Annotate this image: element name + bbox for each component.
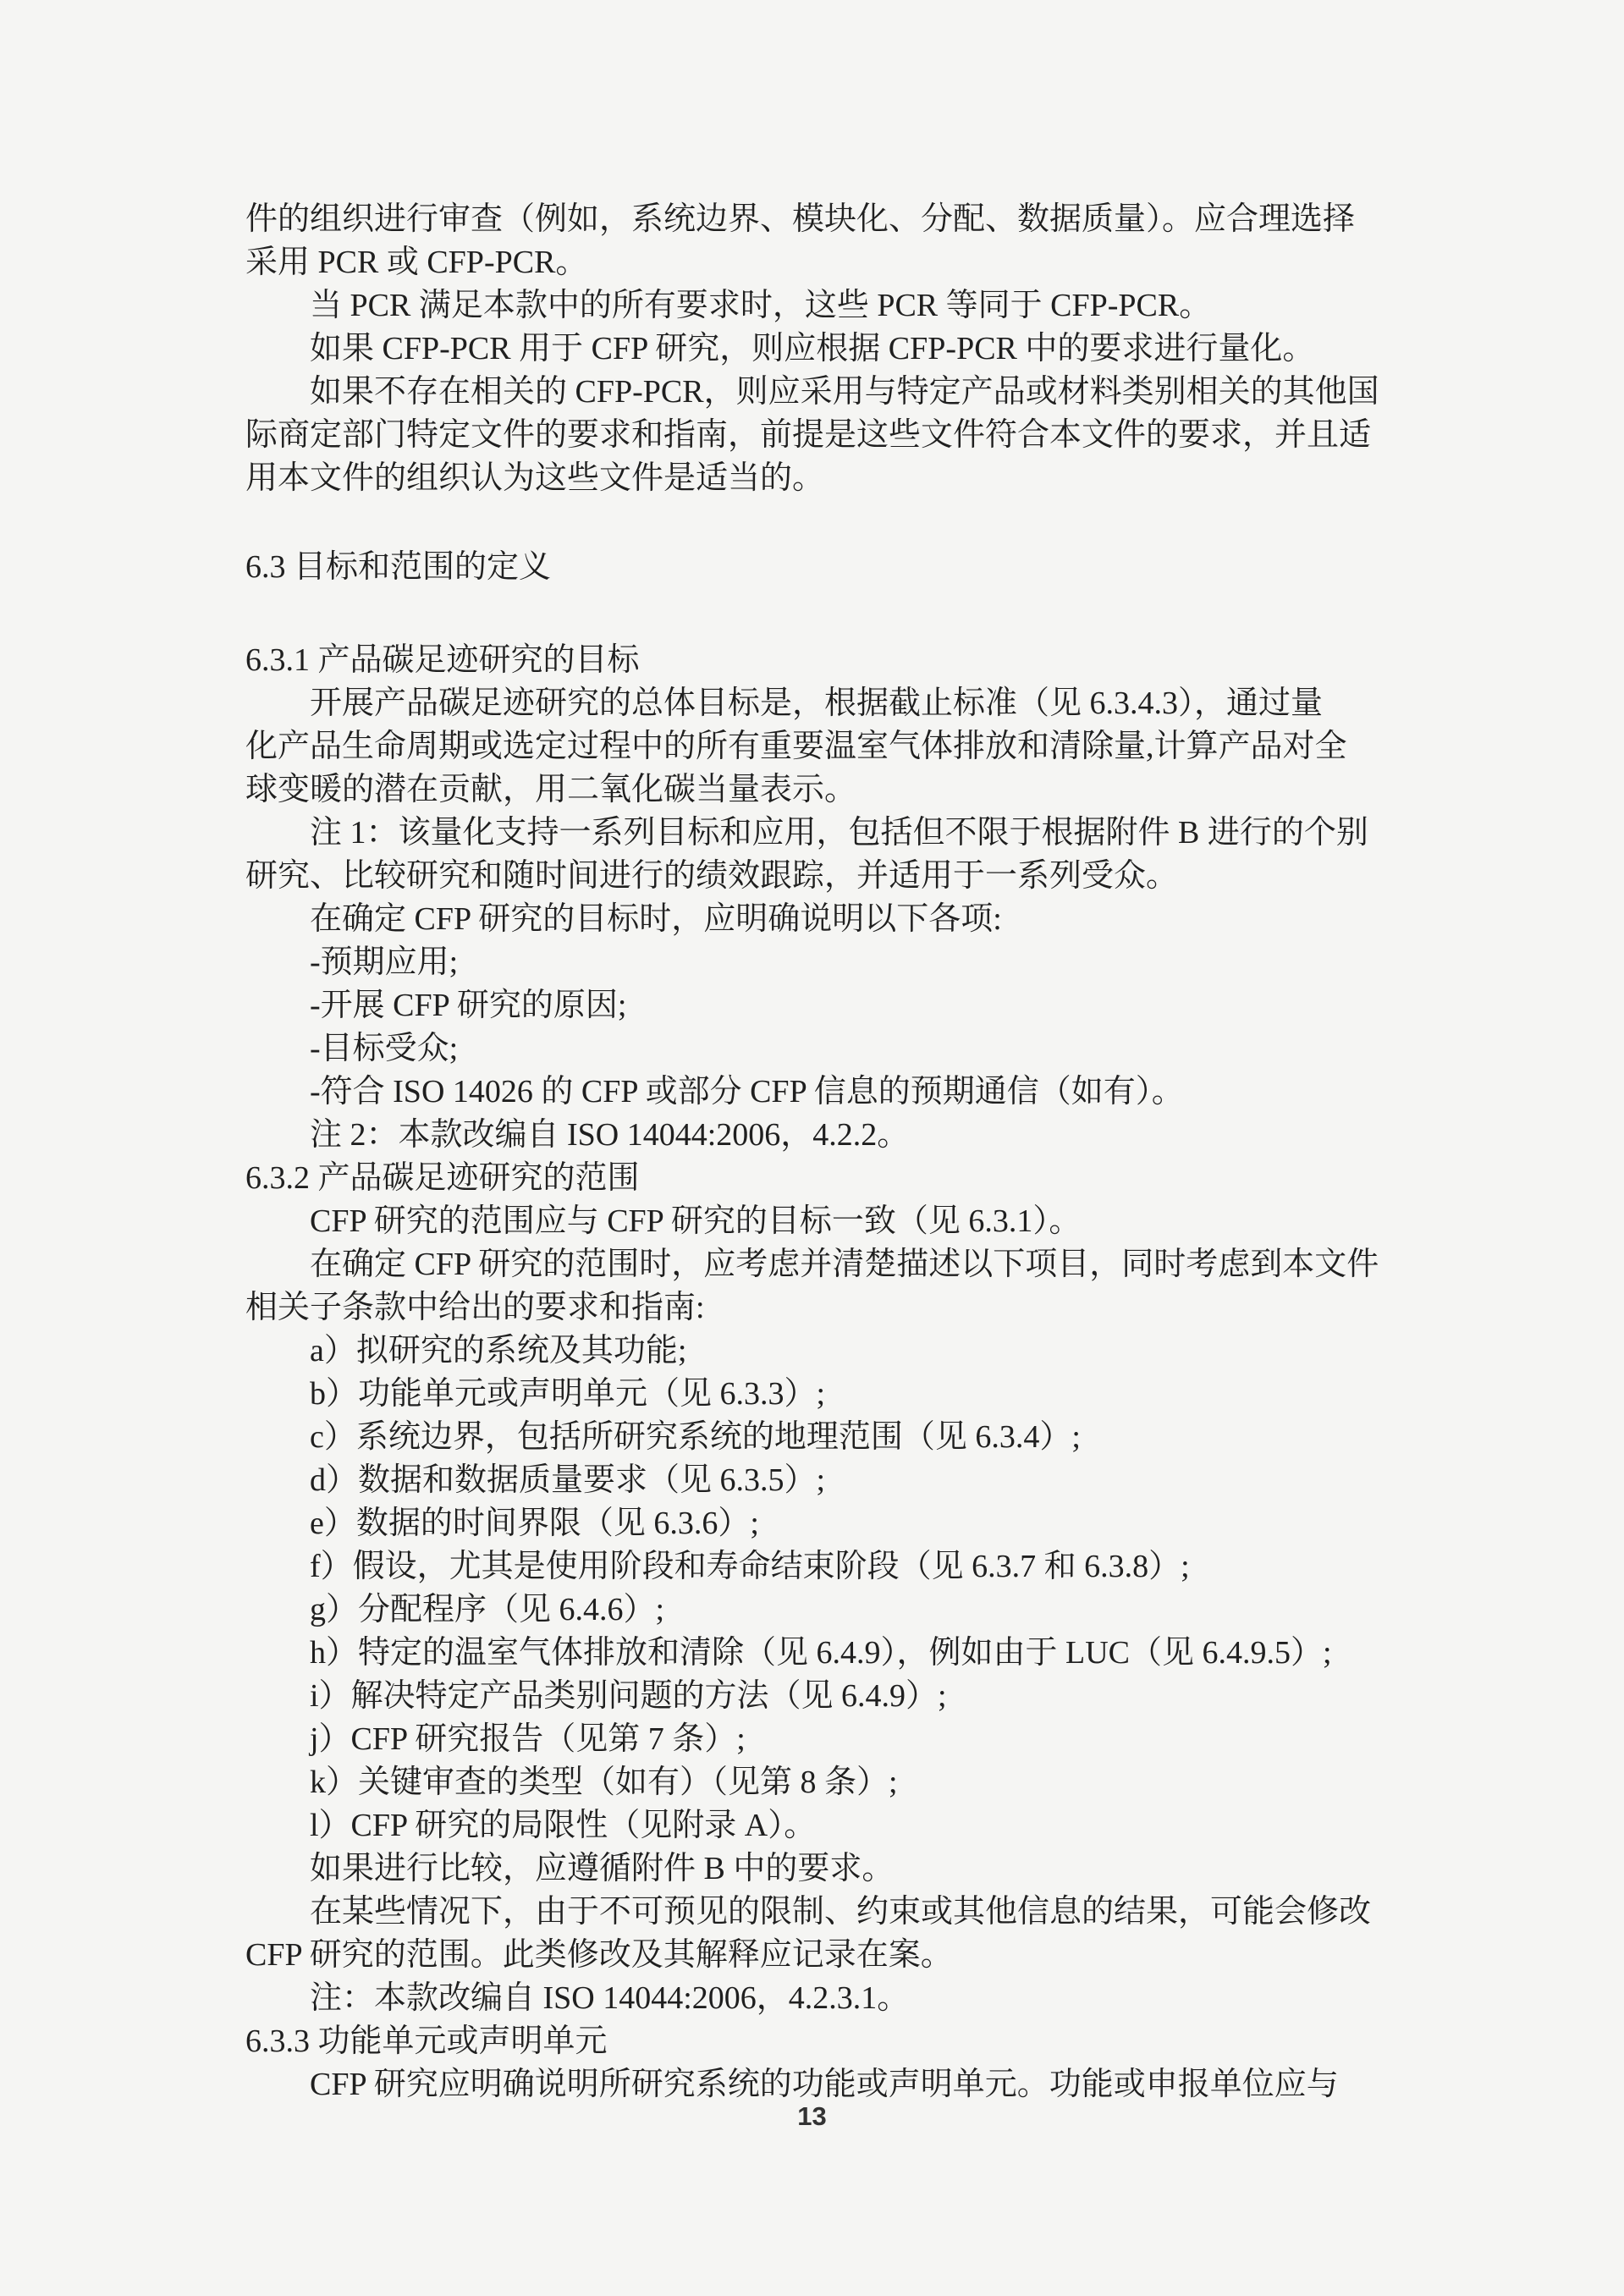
lettered-list-item-h: h）特定的温室气体排放和清除（见 6.4.9），例如由于 LUC（见 6.4.9…	[245, 1632, 1380, 1675]
note-line: 注 2：本款改编自 ISO 14044:2006，4.2.2。	[245, 1114, 1380, 1157]
text-line: 在某些情况下，由于不可预见的限制、约束或其他信息的结果，可能会修改	[245, 1891, 1380, 1934]
lettered-list-item-i: i）解决特定产品类别问题的方法（见 6.4.9）;	[245, 1675, 1380, 1718]
text-line: 球变暖的潜在贡献，用二氧化碳当量表示。	[245, 768, 1380, 812]
document-page: 件的组织进行审查（例如，系统边界、模块化、分配、数据质量）。应合理选择 采用 P…	[0, 0, 1624, 2296]
text-line: 在确定 CFP 研究的目标时，应明确说明以下各项:	[245, 898, 1380, 941]
text-line: 件的组织进行审查（例如，系统边界、模块化、分配、数据质量）。应合理选择	[245, 198, 1380, 241]
lettered-list-item-k: k）关键审查的类型（如有）（见第 8 条）;	[245, 1761, 1380, 1804]
text-line: CFP 研究应明确说明所研究系统的功能或声明单元。功能或申报单位应与	[245, 2063, 1380, 2106]
lettered-list-item-d: d）数据和数据质量要求（见 6.3.5）;	[245, 1459, 1380, 1502]
text-line: 化产品生命周期或选定过程中的所有重要温室气体排放和清除量,计算产品对全	[245, 725, 1380, 768]
text-line: 如果不存在相关的 CFP-PCR，则应采用与特定产品或材料类别相关的其他国	[245, 371, 1380, 414]
lettered-list-item-f: f）假设，尤其是使用阶段和寿命结束阶段（见 6.3.7 和 6.3.8）;	[245, 1545, 1380, 1588]
text-line: 相关子条款中给出的要求和指南:	[245, 1286, 1380, 1330]
lettered-list-item-j: j）CFP 研究报告（见第 7 条）;	[245, 1718, 1380, 1761]
lettered-list-item-a: a）拟研究的系统及其功能;	[245, 1330, 1380, 1373]
text-line: 当 PCR 满足本款中的所有要求时，这些 PCR 等同于 CFP-PCR。	[245, 284, 1380, 328]
dash-list-item: -开展 CFP 研究的原因;	[245, 984, 1380, 1027]
note-line: 注 1：该量化支持一系列目标和应用，包括但不限于根据附件 B 进行的个别	[245, 812, 1380, 855]
dash-list-item: -目标受众;	[245, 1027, 1380, 1071]
lettered-list-item-c: c）系统边界，包括所研究系统的地理范围（见 6.3.4）;	[245, 1416, 1380, 1459]
page-number: 13	[0, 2102, 1624, 2131]
text-line: CFP 研究的范围应与 CFP 研究的目标一致（见 6.3.1）。	[245, 1200, 1380, 1243]
lettered-list-item-b: b）功能单元或声明单元（见 6.3.3）;	[245, 1373, 1380, 1416]
lettered-list-item-e: e）数据的时间界限（见 6.3.6）;	[245, 1502, 1380, 1545]
text-line: 如果进行比较，应遵循附件 B 中的要求。	[245, 1847, 1380, 1891]
lettered-list-item-g: g）分配程序（见 6.4.6）;	[245, 1588, 1380, 1632]
text-line: 采用 PCR 或 CFP-PCR。	[245, 241, 1380, 284]
text-block: 件的组织进行审查（例如，系统边界、模块化、分配、数据质量）。应合理选择 采用 P…	[245, 198, 1380, 2106]
section-heading-6-3: 6.3 目标和范围的定义	[245, 546, 1380, 589]
section-heading-6-3-3: 6.3.3 功能单元或声明单元	[245, 2020, 1380, 2063]
note-line: 研究、比较研究和随时间进行的绩效跟踪，并适用于一系列受众。	[245, 855, 1380, 898]
dash-list-item: -符合 ISO 14026 的 CFP 或部分 CFP 信息的预期通信（如有）。	[245, 1071, 1380, 1114]
dash-list-item: -预期应用;	[245, 941, 1380, 984]
text-line: 如果 CFP-PCR 用于 CFP 研究，则应根据 CFP-PCR 中的要求进行…	[245, 328, 1380, 371]
lettered-list-item-l: l）CFP 研究的局限性（见附录 A）。	[245, 1804, 1380, 1847]
text-line: 际商定部门特定文件的要求和指南，前提是这些文件符合本文件的要求，并且适	[245, 414, 1380, 457]
text-line: CFP 研究的范围。此类修改及其解释应记录在案。	[245, 1934, 1380, 1977]
note-line: 注：本款改编自 ISO 14044:2006，4.2.3.1。	[245, 1977, 1380, 2020]
text-line: 在确定 CFP 研究的范围时，应考虑并清楚描述以下项目，同时考虑到本文件	[245, 1243, 1380, 1286]
text-line: 用本文件的组织认为这些文件是适当的。	[245, 457, 1380, 500]
text-line: 开展产品碳足迹研究的总体目标是，根据截止标准（见 6.3.4.3），通过量	[245, 682, 1380, 725]
section-heading-6-3-1: 6.3.1 产品碳足迹研究的目标	[245, 639, 1380, 682]
section-heading-6-3-2: 6.3.2 产品碳足迹研究的范围	[245, 1157, 1380, 1200]
